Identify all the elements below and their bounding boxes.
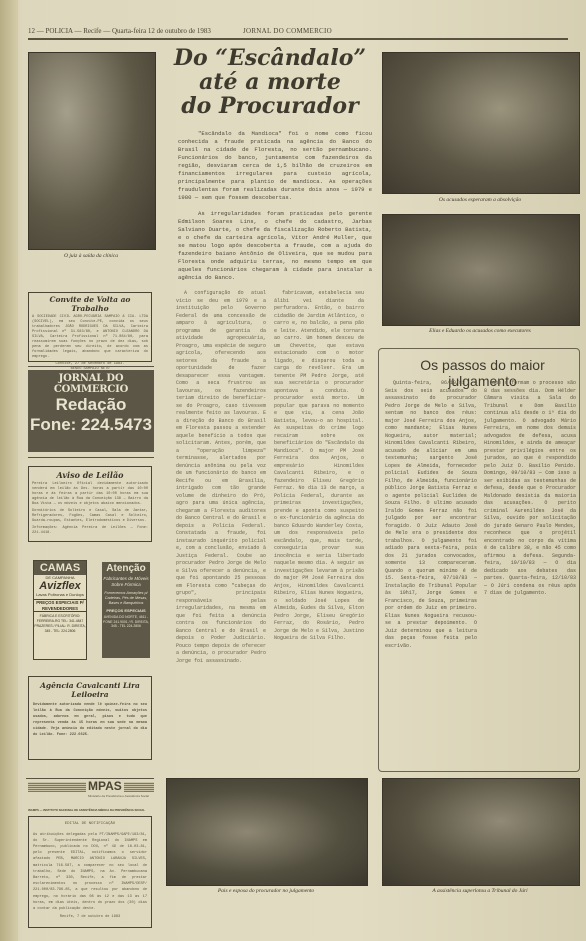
page-header: 12 — POLICIA — Recife — Quarta-feira 12 …: [28, 24, 568, 38]
divider: [28, 366, 154, 367]
inamps-institute: INAMPS — INSTITUTO NACIONAL DE ASSISTÊNC…: [28, 808, 154, 812]
aviso-leilao-notice: Aviso de Leilão Pereira Leiloeiro Oficia…: [28, 466, 152, 542]
lead-paragraph-1: "Escândalo da Mandioca" foi o nome como …: [178, 130, 372, 202]
leilao-items: Dormitórios de Solteiro e Casal, Sala de…: [32, 509, 148, 524]
leilao-title: Aviso de Leilão: [32, 470, 148, 480]
main-headline: Do “Escândalo” até a morte do Procurador: [170, 46, 370, 119]
article-column-2: fabricavam, estabelecia seu álibi vei di…: [274, 290, 364, 770]
header-rule: [28, 38, 568, 40]
atencao-moveis-ad: Atenção Fabricantes de Móveis Sobre Fórm…: [102, 562, 150, 658]
jc-ad-phone: Fone: 224.5473: [28, 415, 154, 435]
lead-paragraph-2: As irregularidades foram praticadas pelo…: [178, 210, 372, 282]
headline-line-1: Do “Escândalo”: [170, 46, 370, 70]
camas-ad-brand: Avizflex: [34, 580, 86, 592]
accused-waiting-caption: Os acusados esperaram a absolvição: [382, 197, 578, 203]
atencao-ad-line3: PREÇOS ESPECIAIS: [102, 608, 150, 613]
newspaper-page: 12 — POLICIA — Recife — Quarta-feira 12 …: [0, 0, 586, 941]
headline-line-2: até a morte: [170, 70, 370, 94]
trial-column-1: Quinta-feira, 06/10/83 — Seis dos seis a…: [385, 380, 477, 765]
trial-column-2: que o formam o processo são 8 das sessõe…: [484, 380, 576, 765]
page-info: 12 — POLICIA — Recife — Quarta-feira 12 …: [28, 27, 211, 35]
audience-caption: A assistência superlotou a Tribunal do J…: [382, 888, 578, 894]
camas-ad-line1: Lavas Poltronas e Dunlops: [34, 592, 86, 597]
convite-body: A SOCIEDADE CIVIL AGRO-PECUÁRIA SAMPAIO …: [32, 315, 148, 360]
edital-date: Recife, 7 de outubro de 1983: [33, 914, 147, 920]
audience-photo: [382, 778, 580, 886]
leilao-body: Pereira Leiloeiro Oficial devidamente au…: [32, 482, 148, 507]
atencao-ad-address: AVENIDA DO NORTE, 4611 - FONE 241.9001 /…: [102, 615, 150, 629]
elias-eduardo-caption: Elias e Eduardo os acusados como executo…: [382, 328, 578, 334]
page-fold-edge: [0, 0, 18, 941]
edital-notificacao: EDITAL DE NOTIFICAÇÃO As atribuições del…: [28, 816, 152, 928]
agencia-body: Devidamente autorizada vende lê quinze-f…: [33, 702, 147, 738]
jornal-redacao-ad: JORNAL DO COMMERCIO Redação Fone: 224.54…: [28, 370, 154, 452]
accused-waiting-photo: [382, 52, 580, 194]
camas-ad-prices: PREÇOS ESPECIAIS P/ REVENDEDORES: [34, 599, 86, 612]
jc-ad-redacao: Redação: [28, 395, 154, 415]
agencia-cavalcanti-notice: Agência Cavalcanti Lira Leiloeira Devida…: [28, 676, 152, 760]
mpas-logo: MPAS: [86, 779, 124, 793]
camas-avizflex-ad: CAMAS DE CAMPANHA Avizflex Lavas Poltron…: [33, 560, 87, 660]
headline-line-3: do Procurador: [170, 94, 370, 118]
agencia-subtitle: Leiloeira: [33, 690, 147, 699]
judge-photo: [28, 52, 156, 250]
atencao-ad-line1: Fabricantes de Móveis Sobre Fórmica: [102, 576, 150, 588]
convite-title: Convite de Volta ao Trabalho: [32, 295, 148, 313]
atencao-ad-title: Atenção: [102, 562, 150, 576]
convite-notice: Convite de Volta ao Trabalho A SOCIEDADE…: [28, 292, 152, 362]
judge-photo-caption: O juiz à saída da clínica: [28, 253, 154, 259]
newspaper-name: JORNAL DO COMMERCIO: [243, 27, 332, 35]
edital-body: As atribuições delegadas pela PT/INAMPS/…: [33, 832, 147, 913]
jc-ad-name: JORNAL DO COMMERCIO: [28, 370, 154, 395]
camas-ad-title: CAMAS: [34, 561, 86, 575]
leilao-info: Informações: Agência Pereira de Leilões …: [32, 526, 148, 536]
atencao-ad-line2: Fornecemos Armações p/ Cadeiras, Pés de …: [102, 591, 150, 606]
family-at-trial-photo: [166, 778, 368, 886]
mpas-ministry: Ministério da Previdência e Assistência …: [88, 794, 149, 798]
edital-title: EDITAL DE NOTIFICAÇÃO: [33, 821, 147, 828]
agencia-title: Agência Cavalcanti Lira: [33, 681, 147, 690]
divider: [28, 457, 154, 458]
camas-ad-address: FÁBRICA E ESCRITÓRIO: FERREIRA-RG TEL: 3…: [34, 614, 86, 634]
family-at-trial-caption: Pais e esposa do procurador no julgament…: [166, 888, 366, 894]
elias-eduardo-photo: [382, 214, 580, 326]
